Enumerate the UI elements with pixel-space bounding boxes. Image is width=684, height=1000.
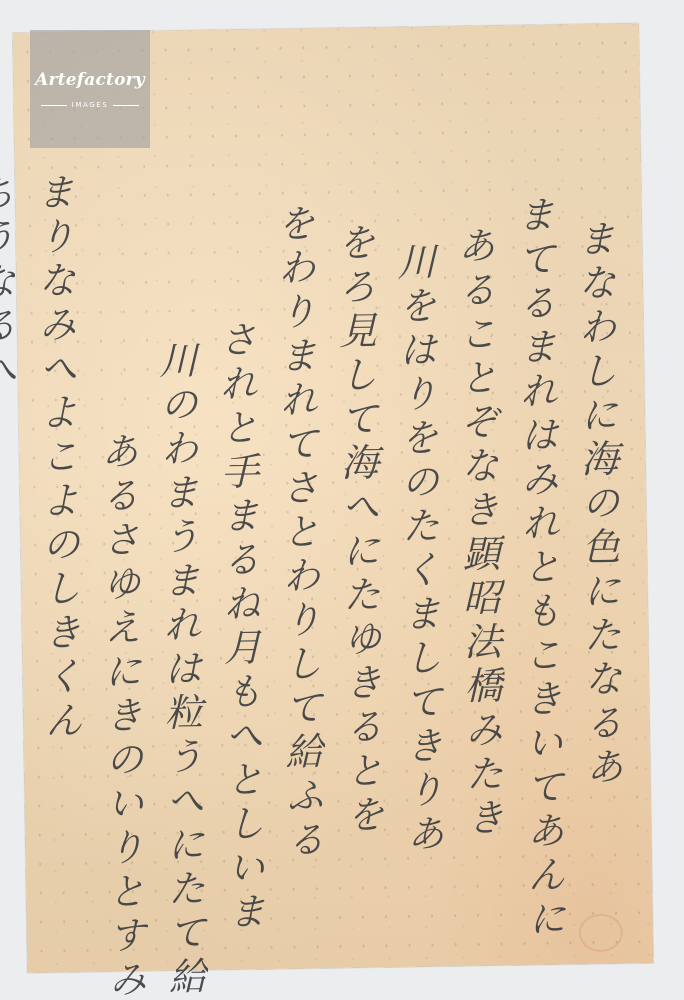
text-column-1: まなわしに海の色にたなるあ — [570, 219, 627, 925]
watermark-subtitle-row: IMAGES — [41, 101, 139, 109]
text-column-6: をわりまれてさとわりして給ふる — [269, 203, 326, 929]
text-columns: まなわしに海の色にたなるあ まてるまれはみれともこきいてあんに あることぞなき顕… — [0, 164, 627, 934]
text-column-7: されと手まるね月もへとしいま — [211, 319, 267, 930]
text-column-3: あることぞなき顕昭法橋みたき — [450, 225, 507, 926]
text-column-2: まてるまれはみれともこきいてあんに — [509, 194, 566, 925]
text-column-4: 川をはりをのたくましてきりあ — [390, 241, 447, 927]
text-column-8: 川のわまうまれは粒うへにたて給ふ — [152, 340, 207, 931]
divider-line — [113, 105, 139, 106]
text-column-10: まりなみへよこよのしきくん — [29, 172, 87, 933]
watermark-logo: Artefactory IMAGES — [30, 30, 150, 148]
text-column-11: ちうなるへ — [0, 173, 27, 934]
manuscript-paper: まなわしに海の色にたなるあ まてるまれはみれともこきいてあんに あることぞなき顕… — [13, 23, 654, 973]
text-column-9: あるさゆえにきのいりとすみ川 — [93, 431, 147, 932]
watermark-subtitle: IMAGES — [72, 101, 109, 109]
text-column-5: をろ見して海へにたゆきるとを — [330, 222, 387, 928]
divider-line — [41, 105, 67, 106]
watermark-title: Artefactory — [30, 70, 150, 90]
